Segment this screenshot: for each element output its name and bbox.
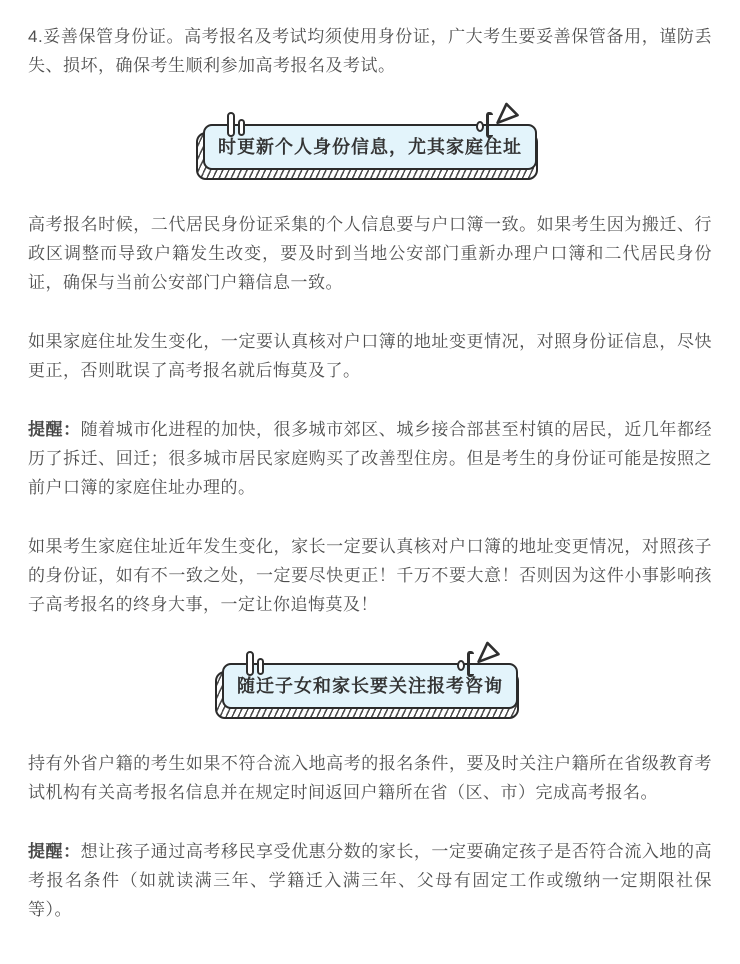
paragraph-text: 持有外省户籍的考生如果不符合流入地高考的报名条件，要及时关注户籍所在省级教育考试… xyxy=(28,754,712,802)
paragraph-lead: 提醒： xyxy=(28,420,81,439)
sticker-banner: 随迁子女和家长要关注报考咨询 xyxy=(222,663,518,709)
paragraph-reminder-migration: 提醒：想让孩子通过高考移民享受优惠分数的家长，一定要确定孩子是否符合流入地的高考… xyxy=(28,837,712,924)
sticker-banner: 时更新个人身份信息，尤其家庭住址 xyxy=(203,124,537,170)
paragraph-lead: 提醒： xyxy=(28,842,81,861)
paragraph-keep-id-safe: 4.妥善保管身份证。高考报名及考试均须使用身份证，广大考生要妥善保管备用，谨防丢… xyxy=(28,22,712,80)
pin-bar-icon xyxy=(238,119,245,136)
pin-dot-icon xyxy=(457,660,465,671)
paragraph-verify-address: 如果考生家庭住址近年发生变化，家长一定要认真核对户口簿的地址变更情况，对照孩子的… xyxy=(28,532,712,619)
paragraph-text: 如果考生家庭住址近年发生变化，家长一定要认真核对户口簿的地址变更情况，对照孩子的… xyxy=(28,537,712,614)
paragraph-text: 随着城市化进程的加快，很多城市郊区、城乡接合部甚至村镇的居民，近几年都经历了拆迁… xyxy=(28,420,712,497)
pin-bar-icon xyxy=(257,658,264,675)
pin-clip-icon xyxy=(246,651,264,676)
article-body: 4.妥善保管身份证。高考报名及考试均须使用身份证，广大考生要妥善保管备用，谨防丢… xyxy=(28,22,712,924)
pin-bar-icon xyxy=(227,112,235,137)
callout-banner-migrant-children: 随迁子女和家长要关注报考咨询 xyxy=(28,649,712,719)
paragraph-text: 高考报名时候，二代居民身份证采集的个人信息要与户口簿一致。如果考生因为搬迁、行政… xyxy=(28,215,712,292)
pin-bar-icon xyxy=(246,651,254,676)
pin-dot-icon xyxy=(476,121,484,132)
article-page: { "colors": { "page_bg": "#ffffff", "bod… xyxy=(0,0,740,964)
paragraph-address-change: 如果家庭住址发生变化，一定要认真核对户口簿的地址变更情况，对照身份证信息，尽快更… xyxy=(28,327,712,385)
triangle-icon xyxy=(491,100,523,126)
paragraph-out-of-province: 持有外省户籍的考生如果不符合流入地高考的报名条件，要及时关注户籍所在省级教育考试… xyxy=(28,749,712,807)
paragraph-text: 想让孩子通过高考移民享受优惠分数的家长，一定要确定孩子是否符合流入地的高考报名条… xyxy=(28,842,712,919)
pin-clip-icon xyxy=(227,112,245,137)
callout-banner-update-info: 时更新个人身份信息，尤其家庭住址 xyxy=(28,110,712,180)
paragraph-id-hukou-match: 高考报名时候，二代居民身份证采集的个人信息要与户口簿一致。如果考生因为搬迁、行政… xyxy=(28,210,712,297)
paragraph-text: 4.妥善保管身份证。高考报名及考试均须使用身份证，广大考生要妥善保管备用，谨防丢… xyxy=(28,27,712,75)
paragraph-text: 如果家庭住址发生变化，一定要认真核对户口簿的地址变更情况，对照身份证信息，尽快更… xyxy=(28,332,712,380)
paragraph-reminder-urbanization: 提醒：随着城市化进程的加快，很多城市郊区、城乡接合部甚至村镇的居民，近几年都经历… xyxy=(28,415,712,502)
triangle-icon xyxy=(472,639,504,665)
